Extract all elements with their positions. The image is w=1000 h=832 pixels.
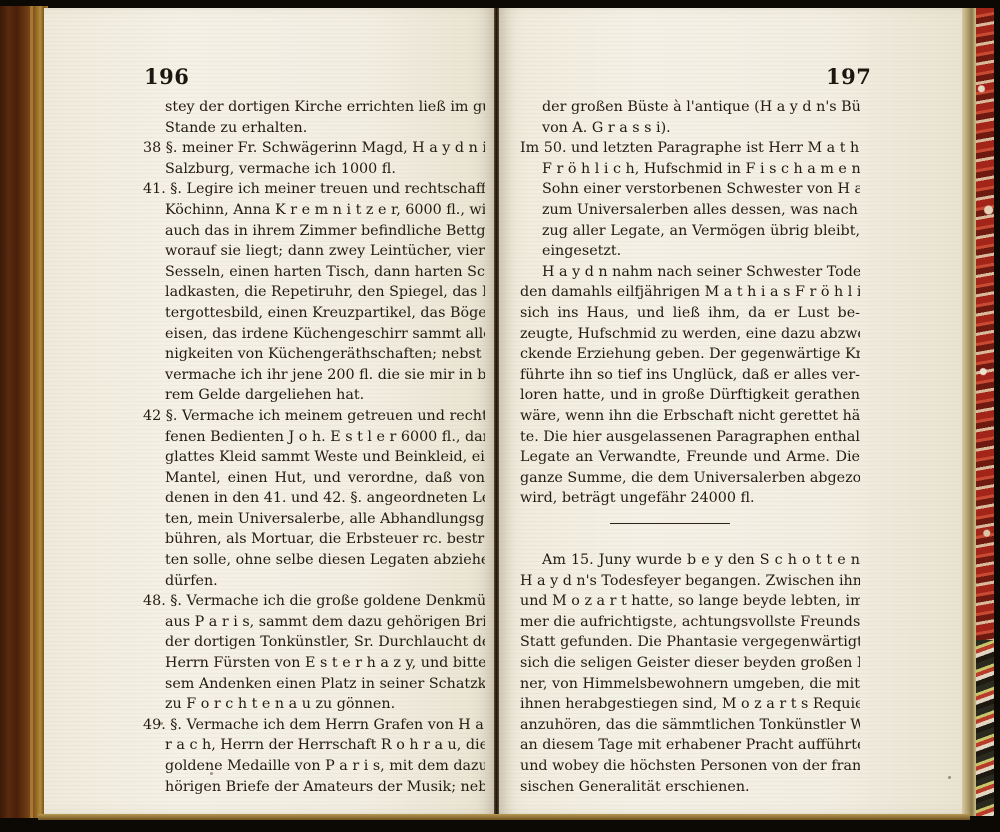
text-line: der dortigen Tonkünstler, Sr. Durchlauch… (143, 632, 485, 653)
text-line: auch das in ihrem Zimmer befindliche Bet… (143, 221, 485, 242)
text-line: 49. §. Vermache ich dem Herrn Grafen von… (143, 715, 485, 736)
book-scan: 196 197 stey der dortigen Kirche erricht… (0, 0, 1000, 832)
text-line: eisen, das irdene Küchengeschirr sammt a… (143, 324, 485, 345)
paper-speck (948, 776, 951, 779)
text-line: te. Die hier ausgelassenen Paragraphen e… (520, 427, 860, 448)
text-line: ner, von Himmelsbewohnern umgeben, die m… (520, 674, 860, 695)
text-line: denen in den 41. und 42. §. angeordneten… (143, 488, 485, 509)
blank-line (520, 529, 860, 550)
text-line: sich die seligen Geister dieser beyden g… (520, 653, 860, 674)
text-line: 41. §. Legire ich meiner treuen und rech… (143, 179, 485, 200)
text-line: ten solle, ohne selbe diesen Legaten abz… (143, 550, 485, 571)
text-line: Herrn Fürsten von E s t e r h a z y, und… (143, 653, 485, 674)
text-line: glattes Kleid sammt Weste und Beinkleid,… (143, 447, 485, 468)
text-line: goldene Medaille von P a r i s, mit dem … (143, 756, 485, 777)
text-line: loren hatte, und in große Dürftigkeit ge… (520, 385, 860, 406)
text-line: der großen Büste à l'antique (H a y d n'… (520, 97, 860, 118)
right-page-edges (962, 8, 976, 816)
text-line: aus P a r i s, sammt dem dazu gehörigen … (143, 612, 485, 633)
text-line: vermache ich ihr jene 200 fl. die sie mi… (143, 365, 485, 386)
text-line: Sesseln, einen harten Tisch, dann harten… (143, 262, 485, 283)
text-line: stey der dortigen Kirche errichten ließ … (143, 97, 485, 118)
text-line: Salzburg, vermache ich 1000 fl. (143, 159, 485, 180)
text-line: zu F o r c h t e n a u zu gönnen. (143, 694, 485, 715)
text-line: und M o z a r t hatte, so lange beyde le… (520, 591, 860, 612)
text-line: zum Universalerben alles dessen, was nac… (520, 200, 860, 221)
text-line: tergottesbild, einen Kreuzpartikel, das … (143, 303, 485, 324)
section-divider (520, 509, 860, 530)
text-line: sischen Generalität erschienen. (520, 777, 860, 798)
top-edge (0, 0, 1000, 8)
text-line: sich ins Haus, und ließ ihm, da er Lust … (520, 303, 860, 324)
text-line: ckende Erziehung geben. Der gegenwärtige… (520, 344, 860, 365)
text-line: rem Gelde dargeliehen hat. (143, 385, 485, 406)
text-line: r a c h, Herrn der Herrschaft R o h r a … (143, 735, 485, 756)
bottom-edge (38, 814, 970, 820)
text-line: Legate an Verwandte, Freunde und Arme. D… (520, 447, 860, 468)
text-line: ten, mein Universalerbe, alle Abhandlung… (143, 509, 485, 530)
text-line: ganze Summe, die dem Universalerben abge… (520, 468, 860, 489)
text-line: 42 §. Vermache ich meinem getreuen und r… (143, 406, 485, 427)
text-line: und wobey die höchsten Personen von der … (520, 756, 860, 777)
text-line: Im 50. und letzten Paragraphe ist Herr M… (520, 138, 860, 159)
text-line: ladkasten, die Repetiruhr, den Spiegel, … (143, 282, 485, 303)
text-line: Am 15. Juny wurde b e y den S c h o t t … (520, 550, 860, 571)
text-line: mer die aufrichtigste, achtungsvollste F… (520, 612, 860, 633)
text-line: ihnen herabgestiegen sind, M o z a r t s… (520, 694, 860, 715)
text-line: den damahls eilfjährigen M a t h i a s F… (520, 282, 860, 303)
text-line: sem Andenken einen Platz in seiner Schat… (143, 674, 485, 695)
text-line: Statt gefunden. Die Phantasie vergegenwä… (520, 632, 860, 653)
text-line: H a y d n nahm nach seiner Schwester Tod… (520, 262, 860, 283)
left-page-text: stey der dortigen Kirche errichten ließ … (143, 97, 485, 797)
text-line: führte ihn so tief ins Unglück, daß er a… (520, 365, 860, 386)
text-line: fenen Bedienten J o h. E s t l e r 6000 … (143, 427, 485, 448)
text-line: dürfen. (143, 571, 485, 592)
text-line: eingesetzt. (520, 241, 860, 262)
text-line: zug aller Legate, an Vermögen übrig blei… (520, 221, 860, 242)
text-line: anzuhören, das die sämmtlichen Tonkünstl… (520, 715, 860, 736)
page-number-right: 197 (826, 64, 871, 89)
text-line: 48. §. Vermache ich die große goldene De… (143, 591, 485, 612)
marbled-endpaper-lower (976, 640, 994, 816)
text-line: H a y d n's Todesfeyer begangen. Zwische… (520, 571, 860, 592)
text-line: von A. G r a s s i). (520, 118, 860, 139)
text-line: Mantel, einen Hut, und verordne, daß von (143, 468, 485, 489)
text-line: bühren, als Mortuar, die Erbsteuer rc. b… (143, 529, 485, 550)
text-line: Köchinn, Anna K r e m n i t z e r, 6000 … (143, 200, 485, 221)
book-gutter (494, 8, 499, 814)
text-line: wird, beträgt ungefähr 24000 fl. (520, 488, 860, 509)
text-line: hörigen Briefe der Amateurs der Musik; n… (143, 777, 485, 798)
text-line: 38 §. meiner Fr. Schwägerinn Magd, H a y… (143, 138, 485, 159)
text-line: an diesem Tage mit erhabener Pracht auff… (520, 735, 860, 756)
text-line: F r ö h l i c h, Hufschmid in F i s c h … (520, 159, 860, 180)
right-page-text: der großen Büste à l'antique (H a y d n'… (520, 97, 860, 797)
text-line: worauf sie liegt; dann zwey Leintücher, … (143, 241, 485, 262)
text-line: zeugte, Hufschmid zu werden, eine dazu a… (520, 324, 860, 345)
left-binding-board (0, 6, 48, 818)
text-line: nigkeiten von Küchengeräthschaften; nebs… (143, 344, 485, 365)
text-line: Sohn einer verstorbenen Schwester von H … (520, 179, 860, 200)
page-number-left: 196 (144, 64, 189, 89)
text-line: Stande zu erhalten. (143, 118, 485, 139)
text-line: wäre, wenn ihn die Erbschaft nicht geret… (520, 406, 860, 427)
